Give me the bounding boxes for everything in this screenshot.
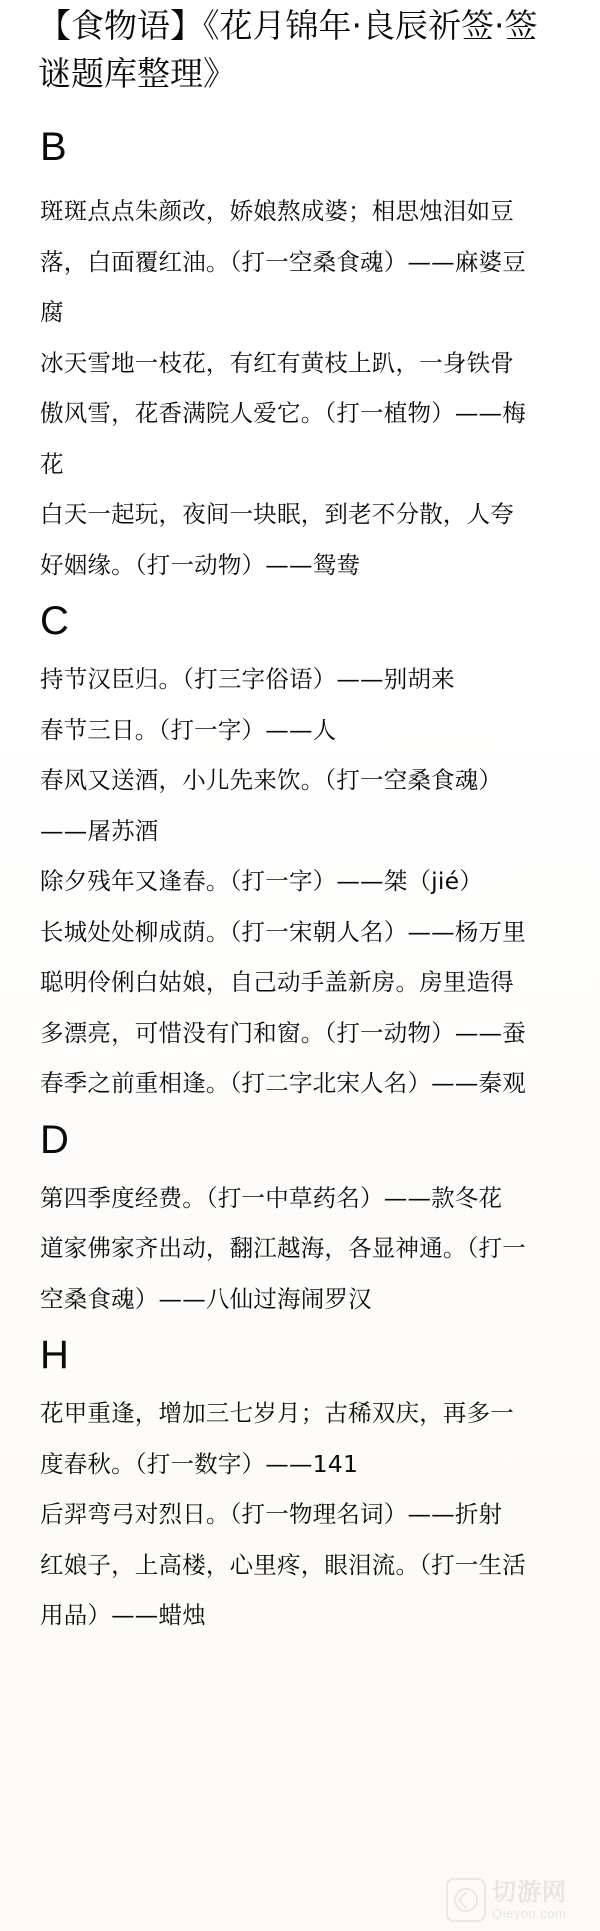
section-letter: B <box>40 122 600 172</box>
section-d: D 第四季度经费。（打一中草药名）——款冬花 道家佛家齐出动，翻江越海，各显神通… <box>40 1115 600 1325</box>
riddle-item: 春风又送酒，小儿先来饮。（打一空桑食魂）——屠苏酒 <box>40 755 530 856</box>
riddle-item: 除夕残年又逢春。（打一字）——桀（jié） <box>40 856 530 907</box>
riddle-item: 第四季度经费。（打一中草药名）——款冬花 <box>40 1173 530 1224</box>
riddle-item: 花甲重逢，增加三七岁月；古稀双庆，再多一度春秋。（打一数字）——141 <box>40 1388 530 1489</box>
riddle-list: 斑斑点点朱颜改，娇娘熬成婆；相思烛泪如豆落，白面覆红油。（打一空桑食魂）——麻婆… <box>40 186 600 590</box>
riddle-list: 持节汉臣归。（打三字俗语）——别胡来 春节三日。（打一字）——人 春风又送酒，小… <box>40 654 600 1109</box>
section-letter: H <box>40 1330 600 1380</box>
watermark-cn: 切游网 <box>492 1880 567 1904</box>
riddle-item: 白天一起玩，夜间一块眠，到老不分散，人夸好姻缘。（打一动物）——鸳鸯 <box>40 489 530 590</box>
riddle-item: 聪明伶俐白姑娘，自己动手盖新房。房里造得多漂亮，可惜没有门和窗。（打一动物）——… <box>40 957 530 1058</box>
riddle-item: 斑斑点点朱颜改，娇娘熬成婆；相思烛泪如豆落，白面覆红油。（打一空桑食魂）——麻婆… <box>40 186 530 338</box>
riddle-item: 长城处处柳成荫。（打一宋朝人名）——杨万里 <box>40 907 530 958</box>
page-title: 【食物语】《花月锦年·良辰祈签·签谜题库整理》 <box>38 0 558 98</box>
riddle-list: 第四季度经费。（打一中草药名）——款冬花 道家佛家齐出动，翻江越海，各显神通。（… <box>40 1173 600 1325</box>
riddle-item: 春季之前重相逢。（打二字北宋人名）——秦观 <box>40 1058 530 1109</box>
watermark-en: Qieyou.com <box>492 1907 567 1920</box>
watermark: 切游网 Qieyou.com <box>446 1875 594 1925</box>
riddle-item: 道家佛家齐出动，翻江越海，各显神通。（打一空桑食魂）——八仙过海闹罗汉 <box>40 1223 530 1324</box>
riddle-item: 春节三日。（打一字）——人 <box>40 705 530 756</box>
section-letter: C <box>40 596 600 646</box>
section-letter: D <box>40 1115 600 1165</box>
diamond-arrow-icon <box>453 1887 479 1913</box>
watermark-text: 切游网 Qieyou.com <box>492 1880 567 1920</box>
section-h: H 花甲重逢，增加三七岁月；古稀双庆，再多一度春秋。（打一数字）——141 后羿… <box>40 1330 600 1641</box>
riddle-item: 红娘子，上高楼，心里疼，眼泪流。（打一生活用品）——蜡烛 <box>40 1540 530 1641</box>
riddle-item: 持节汉臣归。（打三字俗语）——别胡来 <box>40 654 530 705</box>
watermark-logo-icon <box>446 1878 486 1922</box>
document-page: 【食物语】《花月锦年·良辰祈签·签谜题库整理》 B 斑斑点点朱颜改，娇娘熬成婆；… <box>0 0 600 1641</box>
riddle-item: 冰天雪地一枝花，有红有黄枝上趴，一身铁骨傲风雪，花香满院人爱它。（打一植物）——… <box>40 338 530 490</box>
section-b: B 斑斑点点朱颜改，娇娘熬成婆；相思烛泪如豆落，白面覆红油。（打一空桑食魂）——… <box>40 122 600 590</box>
section-c: C 持节汉臣归。（打三字俗语）——别胡来 春节三日。（打一字）——人 春风又送酒… <box>40 596 600 1109</box>
riddle-item: 后羿弯弓对烈日。（打一物理名词）——折射 <box>40 1489 530 1540</box>
riddle-list: 花甲重逢，增加三七岁月；古稀双庆，再多一度春秋。（打一数字）——141 后羿弯弓… <box>40 1388 600 1641</box>
